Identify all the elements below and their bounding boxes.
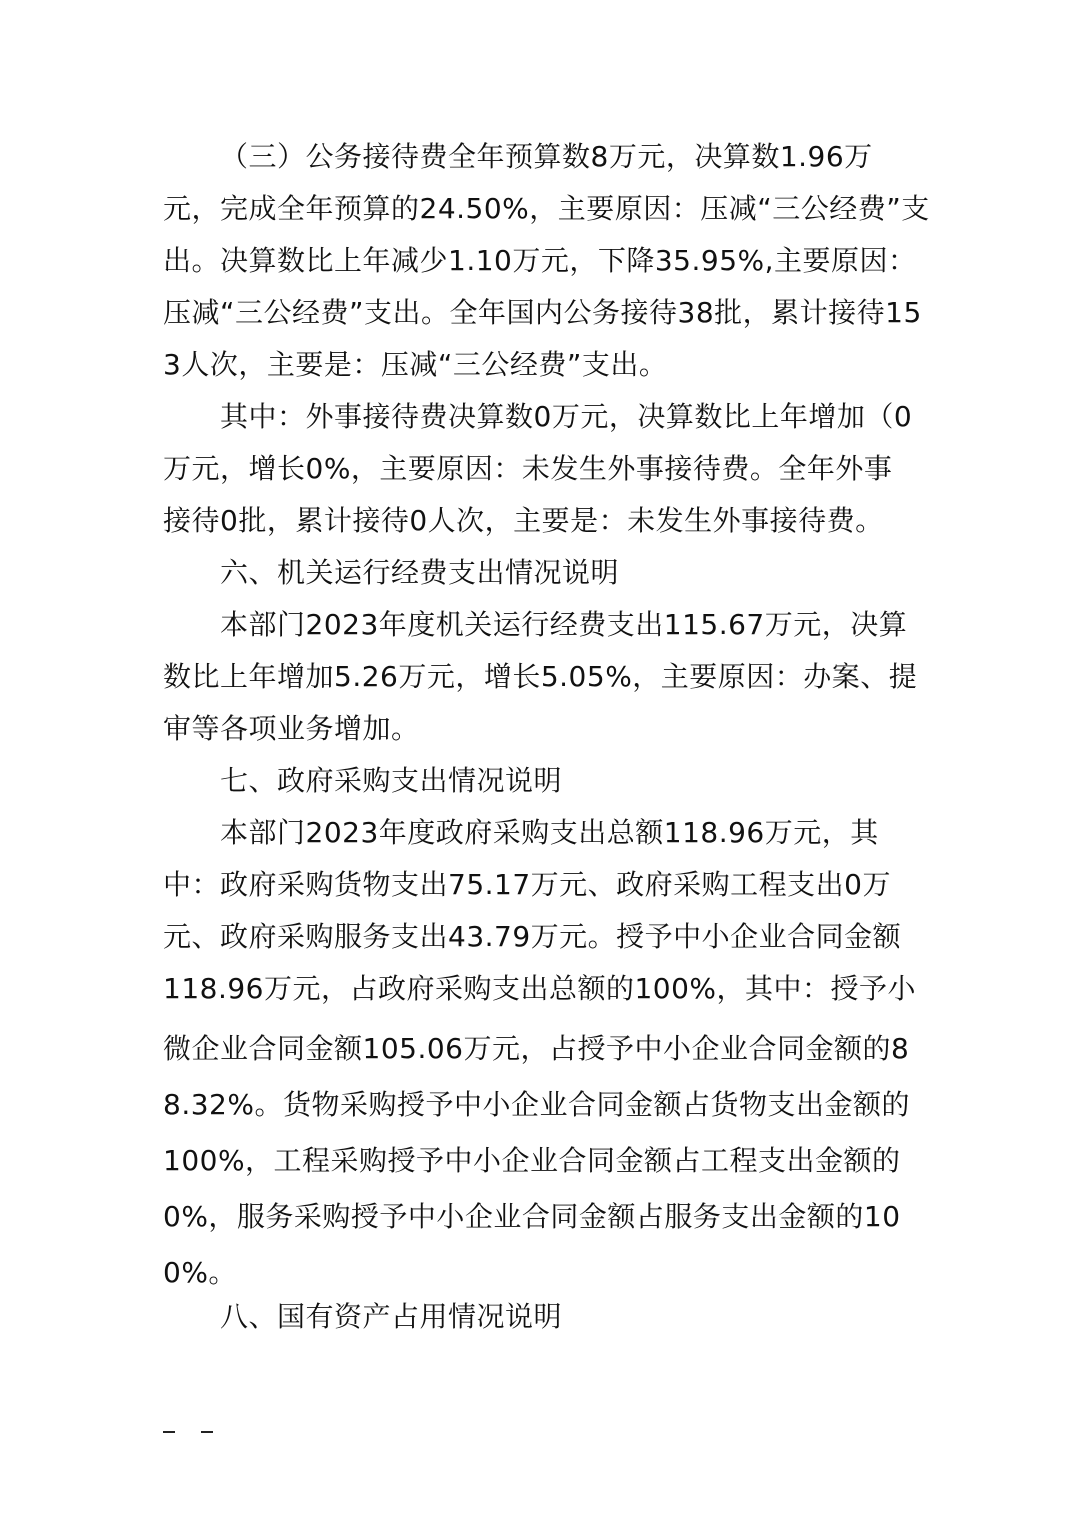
- text-line: 压减“三公经费”支出。全年国内公务接待38批，累计接待15: [163, 296, 922, 330]
- text-line: 本部门2023年度机关运行经费支出115.67万元，决算: [220, 608, 907, 642]
- text-line: 0%，服务采购授予中小企业合同金额占服务支出金额的10: [163, 1200, 901, 1234]
- text-line: 万元，增长0%，主要原因：未发生外事接待费。全年外事: [163, 452, 892, 486]
- text-line: 六、机关运行经费支出情况说明: [220, 556, 619, 590]
- text-line: 3人次，主要是：压减“三公经费”支出。: [163, 348, 667, 382]
- text-line: 八、国有资产占用情况说明: [220, 1300, 562, 1334]
- text-line: 0%。: [163, 1256, 237, 1290]
- text-line: 审等各项业务增加。: [163, 712, 420, 746]
- dash-left: [163, 1431, 175, 1433]
- page-number-footer: [163, 1420, 239, 1444]
- text-line: 出。决算数比上年减少1.10万元，下降35.95%,主要原因：: [163, 244, 917, 278]
- text-line: 七、政府采购支出情况说明: [220, 764, 562, 798]
- text-line: 微企业合同金额105.06万元，占授予中小企业合同金额的8: [163, 1032, 909, 1066]
- text-line: 元，完成全年预算的24.50%，主要原因：压减“三公经费”支: [163, 192, 930, 226]
- text-line: 数比上年增加5.26万元，增长5.05%，主要原因：办案、提: [163, 660, 917, 694]
- text-line: 中：政府采购货物支出75.17万元、政府采购工程支出0万: [163, 868, 891, 902]
- text-line: 100%，工程采购授予中小企业合同金额占工程支出金额的: [163, 1144, 901, 1178]
- text-line: 其中：外事接待费决算数0万元，决算数比上年增加（0: [220, 400, 912, 434]
- dash-right: [201, 1431, 213, 1433]
- text-line: 118.96万元，占政府采购支出总额的100%，其中：授予小: [163, 972, 916, 1006]
- text-line: 8.32%。货物采购授予中小企业合同金额占货物支出金额的: [163, 1088, 910, 1122]
- document-page: （三）公务接待费全年预算数8万元，决算数1.96万元，完成全年预算的24.50%…: [0, 0, 1074, 1520]
- text-line: 接待0批，累计接待0人次，主要是：未发生外事接待费。: [163, 504, 884, 538]
- text-line: （三）公务接待费全年预算数8万元，决算数1.96万: [220, 140, 873, 174]
- text-line: 本部门2023年度政府采购支出总额118.96万元，其: [220, 816, 879, 850]
- text-line: 元、政府采购服务支出43.79万元。授予中小企业合同金额: [163, 920, 901, 954]
